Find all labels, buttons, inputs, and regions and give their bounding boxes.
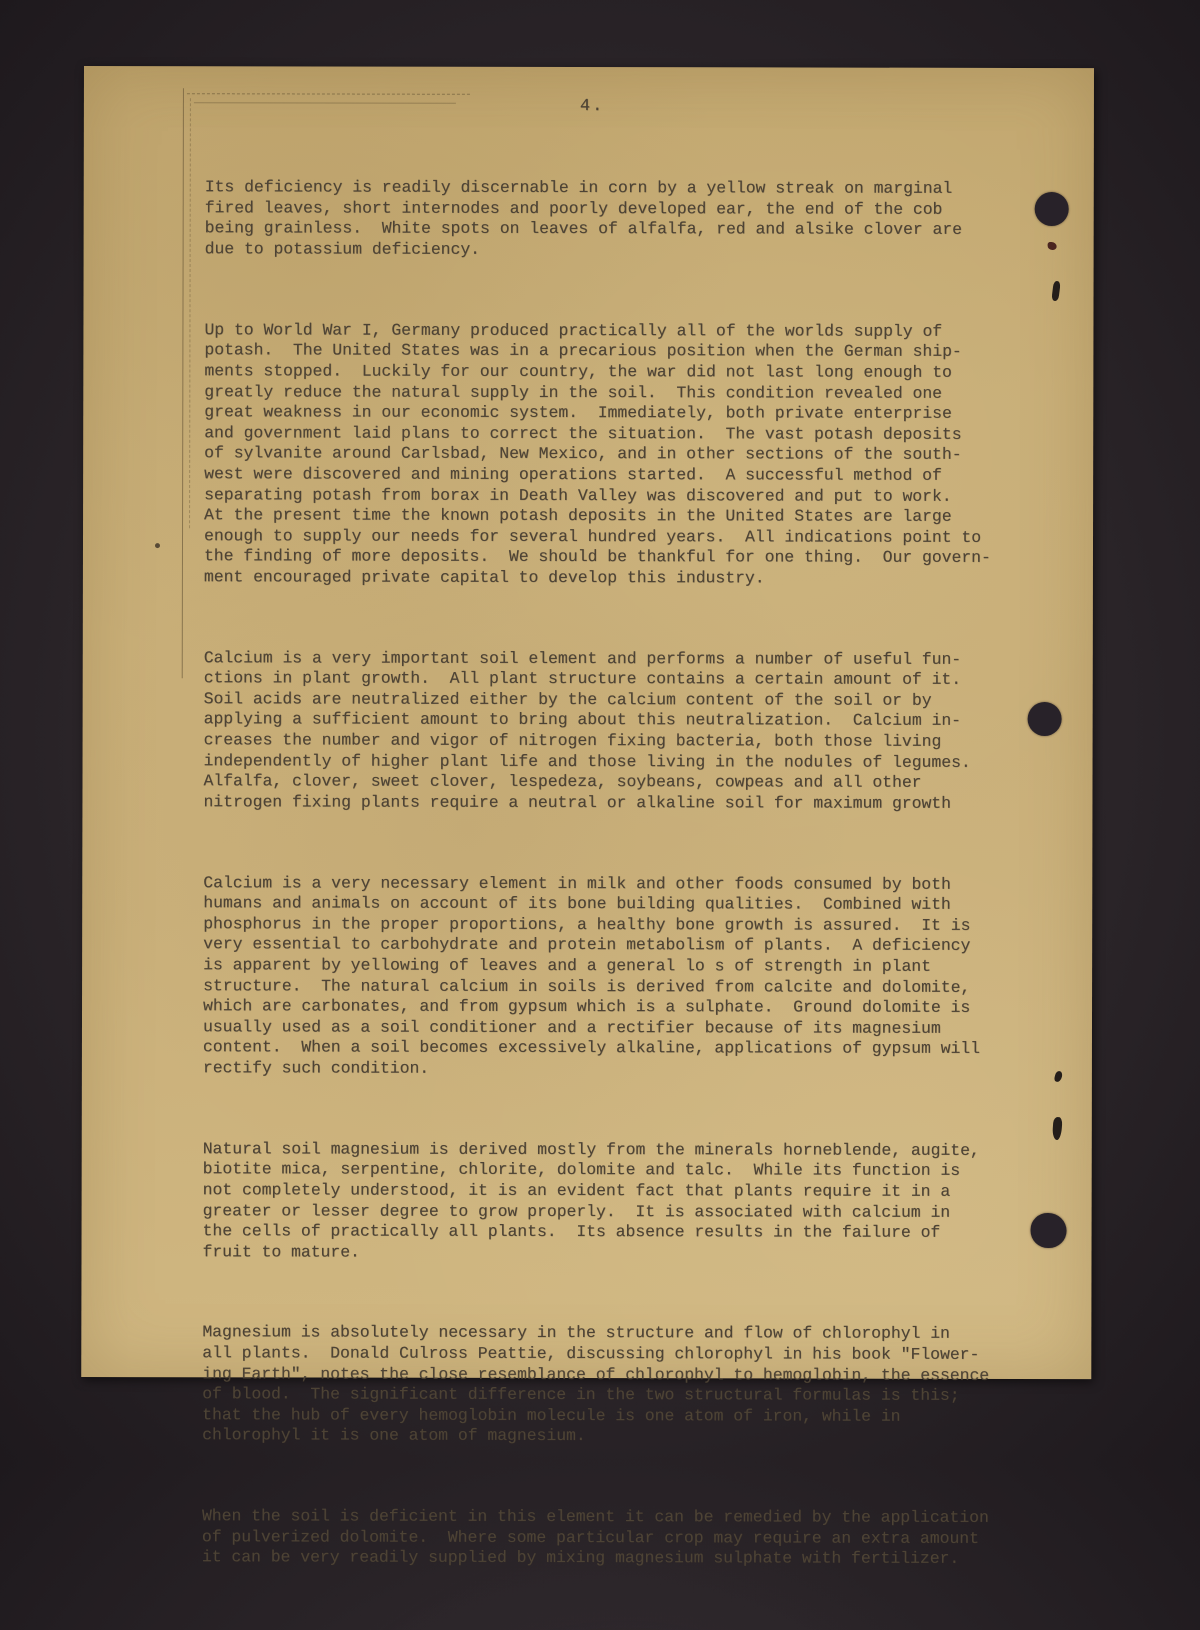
punch-hole-top [1035,192,1069,226]
paragraph-magnesium-chlorophyl: Magnesium is absolutely necessary in the… [202,1323,1042,1448]
ink-mark [1052,1117,1063,1141]
punch-hole-bottom [1031,1213,1067,1248]
page-number: 4. [580,97,604,116]
paragraph-potassium-deficiency: Its deficiency is readily discernable in… [205,177,1045,261]
ink-mark [1048,242,1057,250]
scanned-document-page: 4. Its deficiency is readily discernable… [81,66,1094,1379]
paragraph-calcium-nutrition: Calcium is a very necessary element in m… [203,873,1043,1081]
paragraph-calcium-soil: Calcium is a very important soil element… [203,648,1043,815]
ink-mark [1051,281,1060,302]
ink-speck [155,543,160,548]
ruled-line-horizontal-inner [194,102,456,104]
punch-hole-middle [1028,702,1062,736]
paragraph-magnesium-minerals: Natural soil magnesium is derived mostly… [202,1139,1042,1264]
ink-mark [1054,1070,1063,1082]
ruled-line-vertical-dashed [189,98,191,528]
paragraph-potash-history: Up to World War I, Germany produced prac… [204,320,1045,589]
document-text: Its deficiency is readily discernable in… [202,136,1045,1462]
ruled-line-vertical [182,88,184,678]
ruled-line-horizontal [187,93,470,95]
